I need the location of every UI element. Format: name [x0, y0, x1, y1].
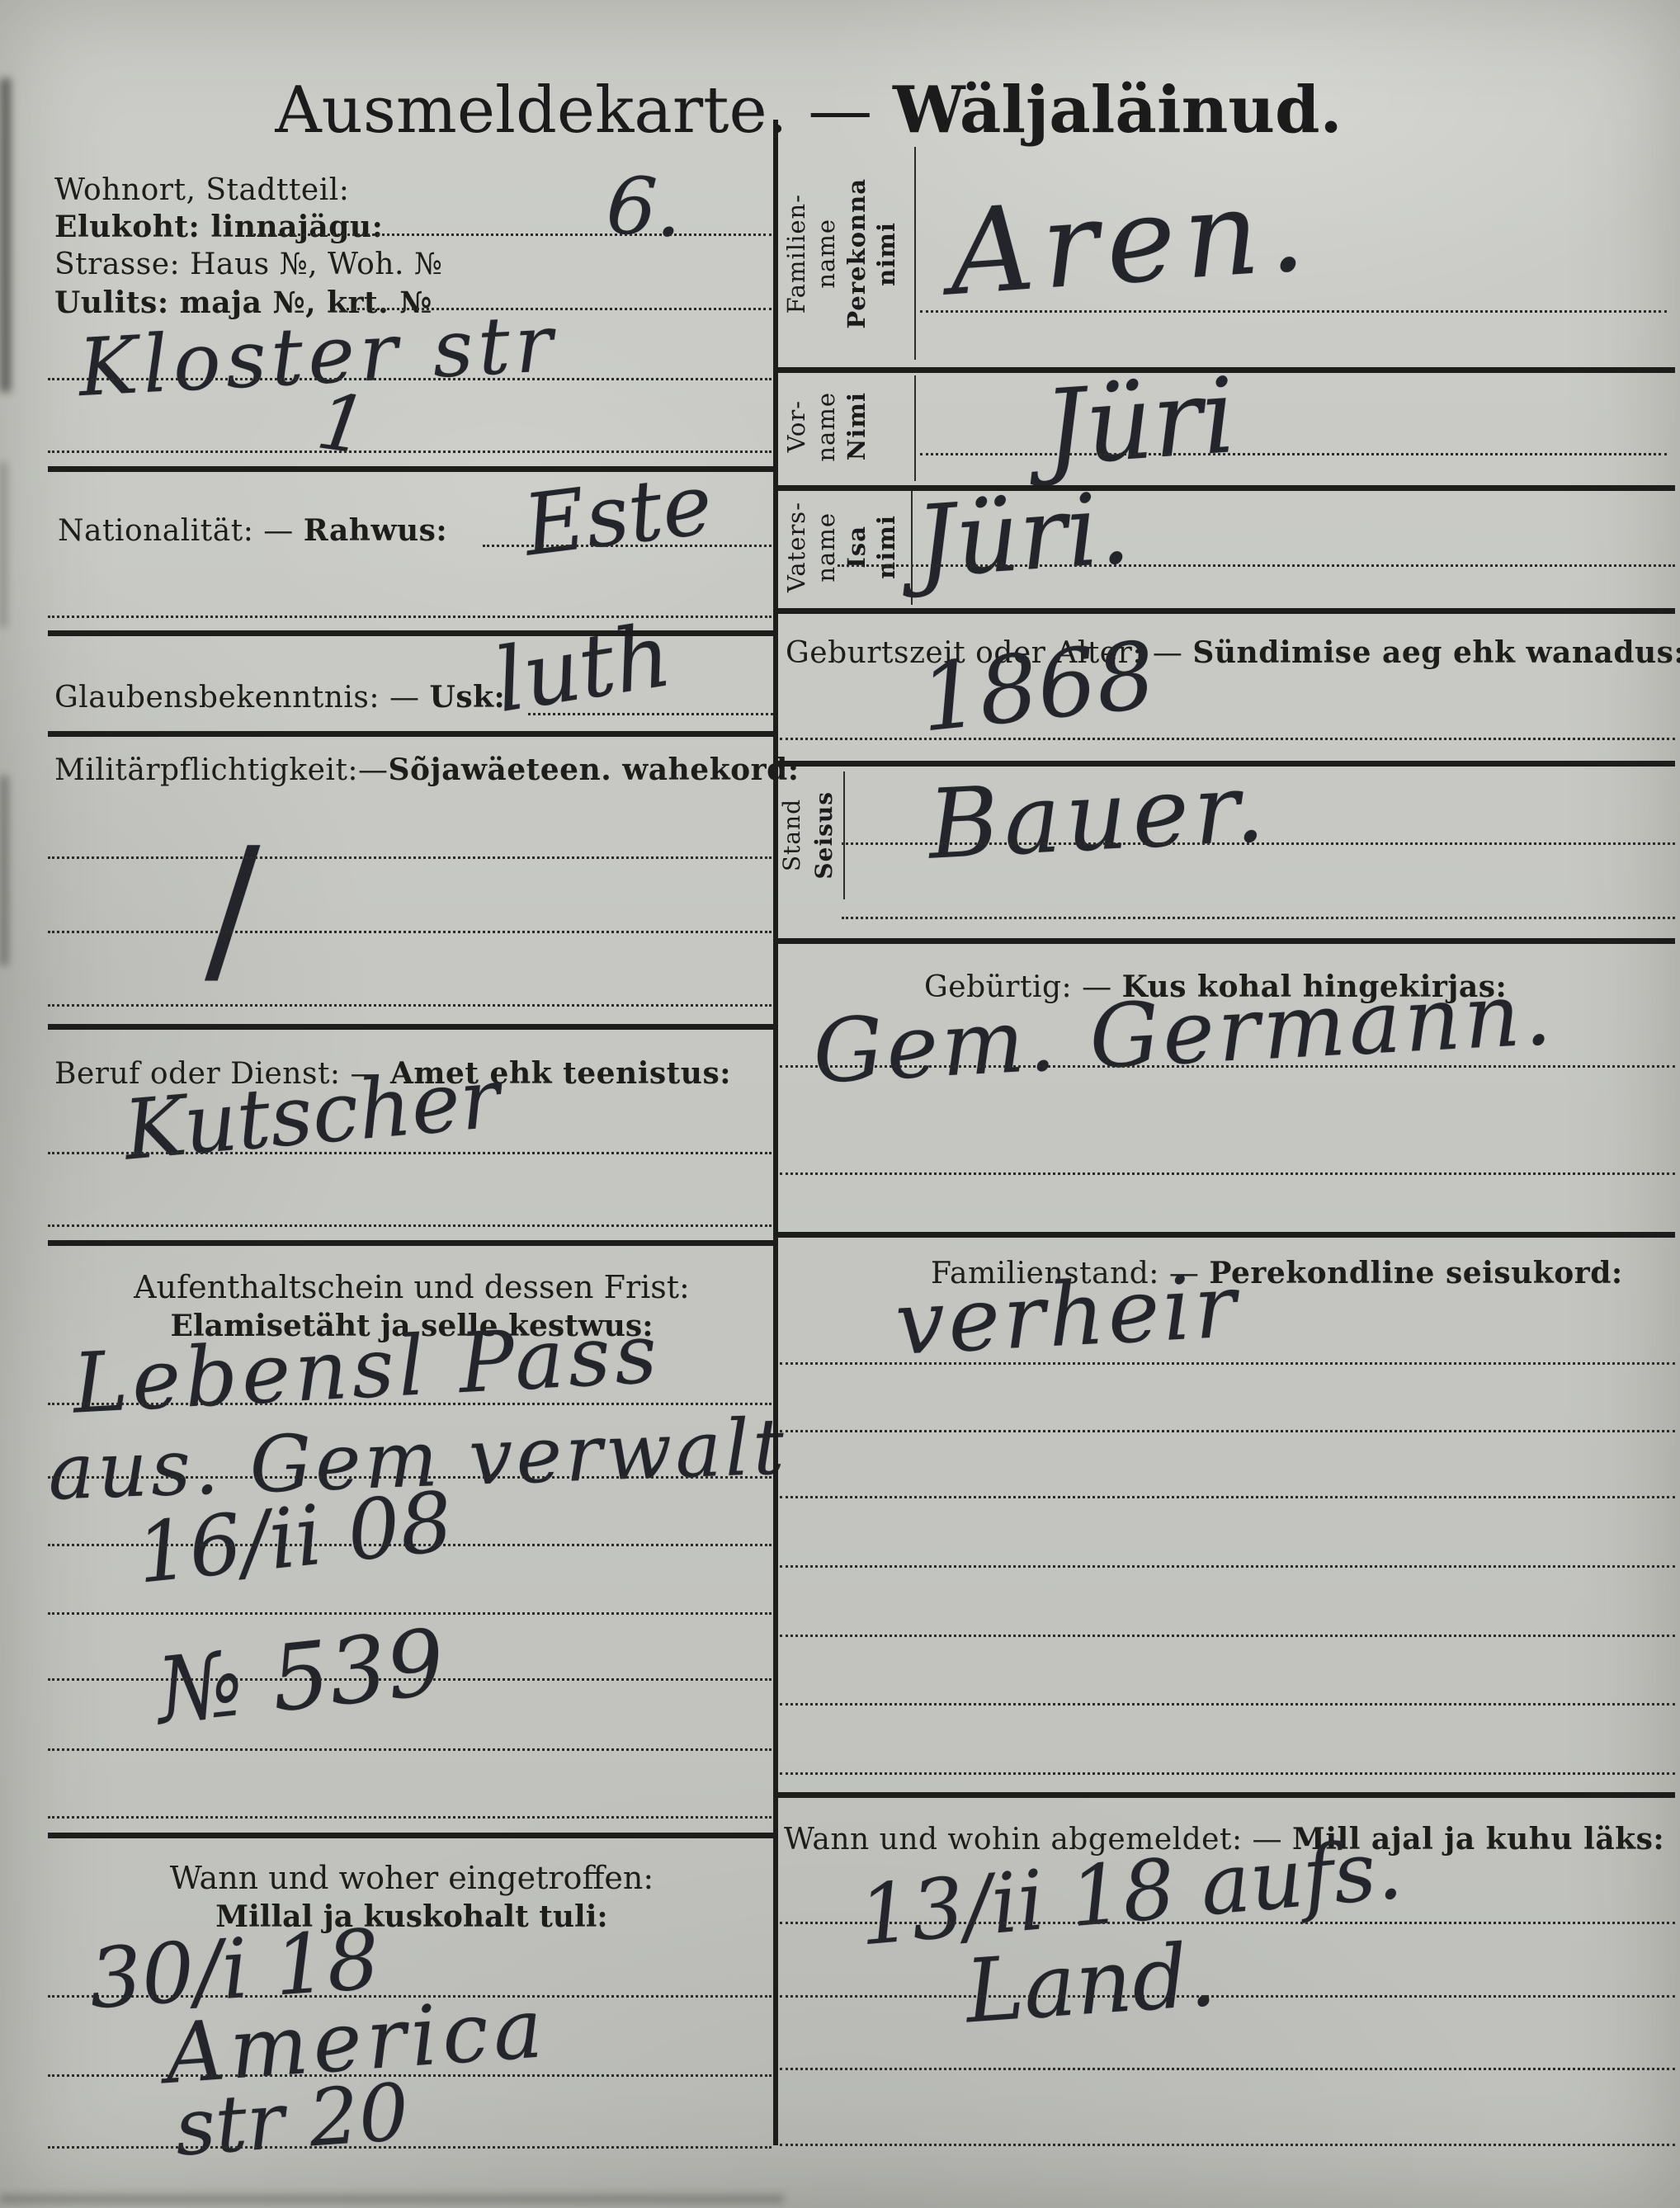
arrival-label-german: Wann und woher eingetroffen:: [50, 1860, 774, 1896]
dotted-writing-line: [842, 842, 1675, 845]
section-rule: [48, 1240, 774, 1246]
dotted-writing-line: [48, 1403, 772, 1405]
permit-line4-handwriting: № 539: [152, 1609, 449, 1744]
dotted-writing-line: [48, 1612, 772, 1615]
section-rule: [778, 938, 1675, 944]
dotted-writing-line: [842, 917, 1675, 919]
military-label: Militärpflichtigkeit:—Sõjawäeteen. wahek…: [54, 753, 800, 787]
page-title: Ausmeldekarte. — Wäljaläinud.: [33, 73, 1584, 148]
dotted-writing-line: [780, 1565, 1675, 1568]
dotted-writing-line: [780, 1703, 1675, 1706]
dotted-writing-line: [780, 1362, 1675, 1365]
dotted-writing-line: [48, 1748, 772, 1751]
section-rule: [48, 466, 774, 472]
dotted-writing-line: [48, 451, 772, 453]
strasse-label: Strasse: Haus №, Woh. №: [54, 248, 442, 281]
title-german: Ausmeldekarte.: [275, 73, 787, 148]
section-rule: [778, 1792, 1675, 1798]
dotted-writing-line: [780, 1922, 1675, 1924]
origin-value-handwriting: Gem. Germann.: [810, 963, 1557, 1103]
departure-line2-handwriting: Land.: [962, 1924, 1219, 2043]
dotted-writing-line: [483, 545, 772, 547]
title-dash: —: [808, 73, 872, 148]
dotted-writing-line: [347, 308, 772, 310]
scan-edge-smudge: [0, 462, 7, 627]
dotted-writing-line: [48, 1995, 772, 1998]
dotted-writing-line: [48, 1152, 772, 1154]
dotted-writing-line: [780, 1172, 1675, 1175]
dotted-writing-line: [780, 2068, 1675, 2070]
dotted-writing-line: [528, 713, 773, 715]
dotted-writing-line: [780, 2144, 1675, 2146]
military-value-handwriting: /: [205, 813, 260, 1005]
dotted-writing-line: [780, 1772, 1675, 1775]
dotted-writing-line: [920, 453, 1667, 455]
marital-value-handwriting: verheir: [893, 1255, 1242, 1375]
elukoht-label: Elukoht: linnajägu:: [54, 210, 383, 244]
estate-value-handwriting: Bauer.: [926, 752, 1272, 880]
section-rule: [778, 1232, 1675, 1238]
dotted-writing-line: [780, 1995, 1675, 1998]
section-rule: [778, 608, 1675, 614]
section-rule: [48, 1024, 774, 1030]
dotted-writing-line: [48, 2074, 772, 2077]
scan-edge-smudge: [0, 776, 8, 965]
first-name-label: Vor- name Nimi: [784, 373, 869, 480]
dotted-writing-line: [48, 616, 772, 618]
dotted-writing-line: [48, 1544, 772, 1546]
dotted-writing-line: [780, 1496, 1675, 1498]
nationality-value-handwriting: Este: [519, 455, 718, 576]
first-name-handwriting: Jüri: [1040, 355, 1239, 489]
dotted-writing-line: [780, 1635, 1675, 1637]
family-name-label: Familien- name Perekonna nimi: [784, 144, 899, 363]
estate-label: Stand Seisus: [780, 769, 837, 901]
nationality-label: Nationalität: — Rahwus:: [58, 513, 447, 548]
dotted-writing-line: [48, 931, 772, 933]
district-value-handwriting: 6.: [604, 159, 684, 256]
section-rule: [48, 630, 774, 636]
family-name-handwriting: Aren.: [945, 161, 1317, 322]
dotted-writing-line: [920, 310, 1667, 313]
religion-label: Glaubensbekenntnis: — Usk:: [54, 680, 505, 715]
label-separator-line: [843, 771, 845, 899]
dotted-writing-line: [48, 1678, 772, 1681]
dotted-writing-line: [48, 856, 772, 859]
arrival-line3-handwriting: str 20: [172, 2067, 412, 2174]
section-rule: [778, 367, 1675, 373]
father-name-label: Vaters- name Isa nimi: [784, 489, 899, 605]
title-estonian: Wäljaläinud.: [893, 73, 1343, 148]
dotted-writing-line: [48, 1816, 772, 1819]
dotted-writing-line: [780, 738, 1675, 740]
dotted-writing-line: [780, 1065, 1675, 1068]
section-rule: [778, 485, 1675, 491]
wohnort-label: Wohnort, Stadtteil:: [54, 173, 349, 207]
dotted-writing-line: [838, 564, 1675, 567]
dotted-writing-line: [48, 1004, 772, 1007]
label-separator-line: [914, 147, 916, 360]
dotted-writing-line: [48, 1224, 772, 1227]
dotted-writing-line: [48, 2146, 772, 2149]
label-separator-line: [911, 491, 913, 605]
permit-label-german: Aufenthaltschein und dessen Frist:: [50, 1269, 774, 1305]
scan-edge-smudge: [0, 2195, 784, 2203]
scan-edge-smudge: [0, 78, 11, 392]
dotted-writing-line: [48, 378, 772, 380]
section-rule: [48, 1833, 774, 1838]
label-separator-line: [914, 375, 916, 481]
dotted-writing-line: [48, 1476, 772, 1479]
dotted-writing-line: [780, 1430, 1675, 1432]
dotted-writing-line: [248, 234, 772, 236]
registration-card: Ausmeldekarte. — Wäljaläinud. Wohnort, S…: [0, 0, 1680, 2208]
section-rule: [778, 761, 1675, 767]
section-rule: [48, 731, 774, 737]
column-divider: [773, 120, 778, 2145]
